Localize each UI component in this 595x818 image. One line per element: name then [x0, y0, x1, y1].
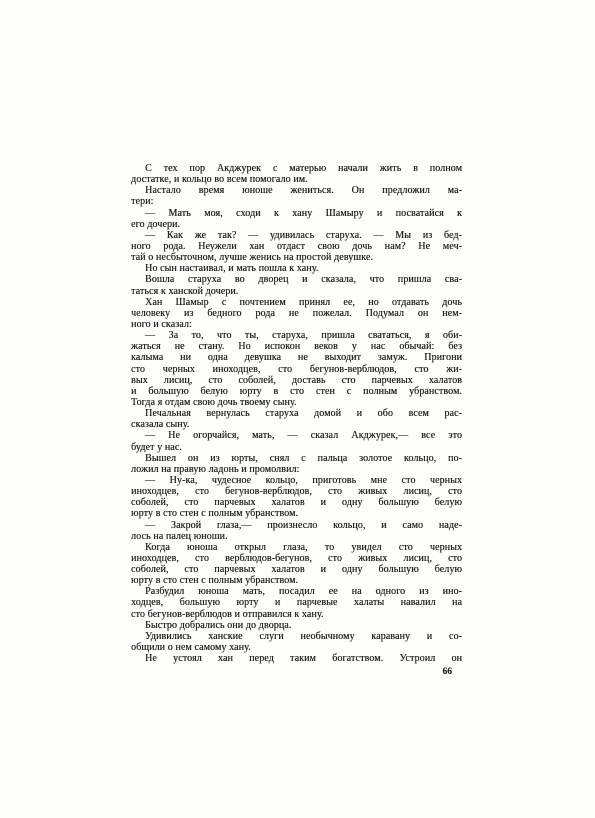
text-line: — Не огорчайся, мать, — сказал Акджурек,…: [131, 430, 462, 441]
text-line: его дочери.: [131, 219, 462, 230]
text-line: калыма ни одна девушка не выходит замуж.…: [131, 352, 462, 363]
text-line: — За то, что ты, старуха, пришла сватать…: [131, 330, 462, 341]
text-line: тай о несбыточном, лучше женись на прост…: [131, 252, 462, 263]
text-line: юрту в сто стен с полным убранством.: [131, 575, 462, 586]
text-line: соболей, сто парчевых халатов и одну бол…: [131, 497, 462, 508]
text-line: будет у нас.: [131, 442, 462, 453]
text-line: С тех пор Акджурек с матерью начали жить…: [131, 163, 462, 174]
text-line: Когда юноша открыл глаза, то увидел сто …: [131, 542, 462, 553]
text-line: иноходцев, сто верблюдов-бегунов, сто жи…: [131, 553, 462, 564]
text-line: Хан Шамыр с почтением принял ее, но отда…: [131, 297, 462, 308]
text-line: и большую белую юрту в сто стен с полным…: [131, 386, 462, 397]
text-line: — Мать моя, сходи к хану Шамыру и посват…: [131, 208, 462, 219]
text-line: сто бегунов-верблюдов и отправился к хан…: [131, 609, 462, 620]
text-line: лось на палец юноши.: [131, 531, 462, 542]
text-line: Быстро добрались они до дворца.: [131, 620, 462, 631]
text-line: Разбудил юноша мать, посадил ее на одног…: [131, 586, 462, 597]
text-line: иноходцев, сто бегунов-верблюдов, сто жи…: [131, 486, 462, 497]
text-line: Тогда я отдам свою дочь твоему сыну.: [131, 397, 462, 408]
text-line: вых лисиц, сто соболей, доставь сто парч…: [131, 375, 462, 386]
text-line: общили о нем самому хану.: [131, 642, 462, 653]
story-text: С тех пор Акджурек с матерью начали жить…: [131, 163, 462, 664]
text-line: Печальная вернулась старуха домой и обо …: [131, 408, 462, 419]
text-line: тери:: [131, 196, 462, 207]
text-line: — Как же так? — удивилась старуха. — Мы …: [131, 230, 462, 241]
text-line: — Закрой глаза,— произнесло кольцо, и са…: [131, 520, 462, 531]
text-line: ходцев, большую юрту и парчевые халаты н…: [131, 597, 462, 608]
text-line: ного рода. Неужели хан отдаст свою дочь …: [131, 241, 462, 252]
text-line: сто черных иноходцев, сто бегунов-верблю…: [131, 364, 462, 375]
text-line: соболей, сто парчевых халатов и одну бол…: [131, 564, 462, 575]
text-line: таться к ханской дочери.: [131, 286, 462, 297]
text-line: ложил на правую ладонь и промолвил:: [131, 464, 462, 475]
text-line: достатке, и кольцо во всем помогало им.: [131, 174, 462, 185]
text-line: ного и сказал:: [131, 319, 462, 330]
text-line: жаться не стану. Но испокон веков у нас …: [131, 341, 462, 352]
book-page: С тех пор Акджурек с матерью начали жить…: [0, 0, 595, 818]
text-line: Вышел он из юрты, снял с пальца золотое …: [131, 453, 462, 464]
text-line: Но сын настаивал, и мать пошла к хану.: [131, 263, 462, 274]
text-line: сказала сыну.: [131, 419, 462, 430]
text-line: человеку из бедного рода не пожелал. Под…: [131, 308, 462, 319]
text-line: Вошла старуха во дворец и сказала, что п…: [131, 274, 462, 285]
text-line: Не устоял хан перед таким богатством. Ус…: [131, 653, 462, 664]
text-line: Настало время юноше жениться. Он предлож…: [131, 185, 462, 196]
page-number: 66: [131, 667, 452, 677]
text-line: Удивились ханские слуги необычному карав…: [131, 631, 462, 642]
text-line: — Ну-ка, чудесное кольцо, приготовь мне …: [131, 475, 462, 486]
text-line: юрту в сто стен с полным убранством.: [131, 508, 462, 519]
